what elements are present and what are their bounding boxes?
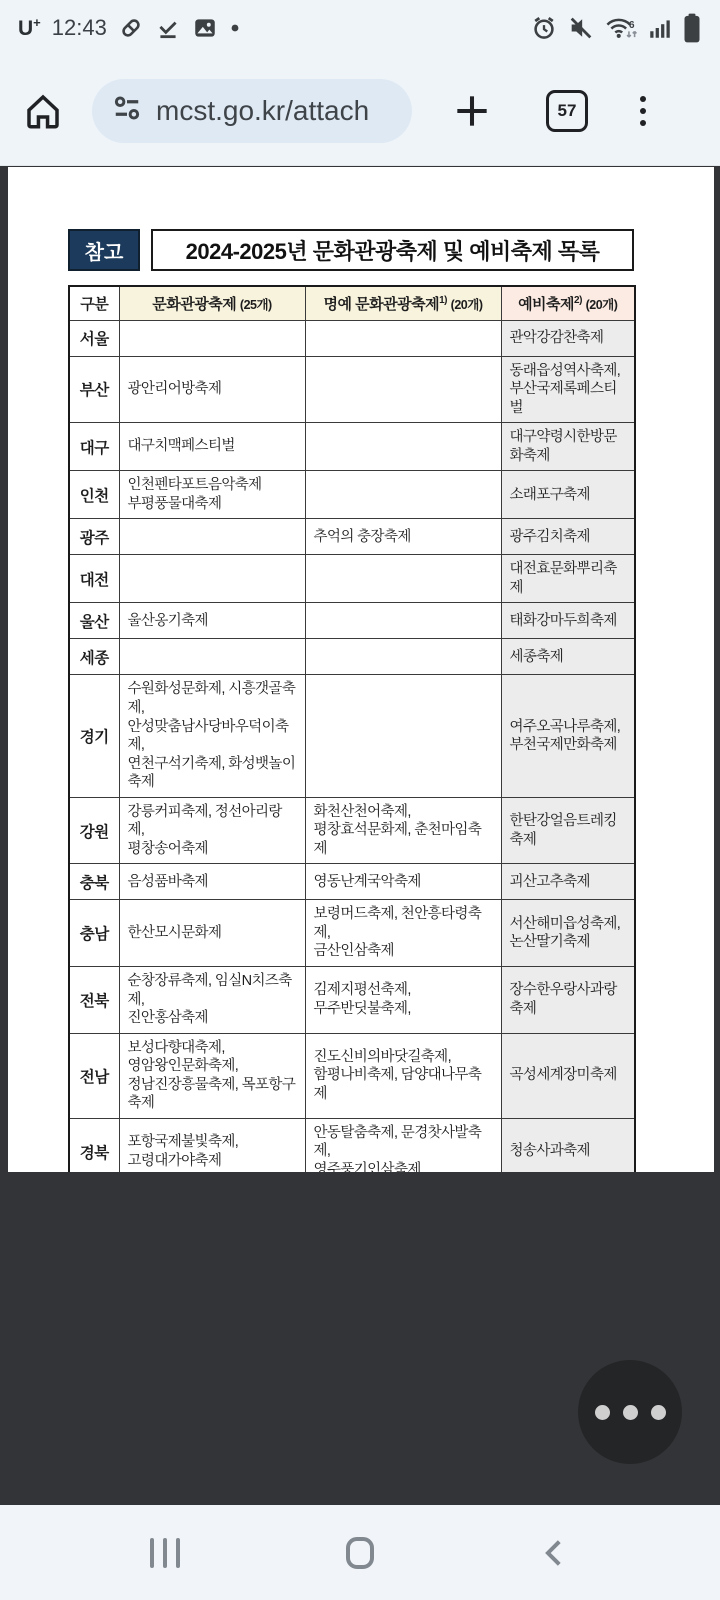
preliminary-festival-cell: 대구약령시한방문화축제 [501, 423, 635, 471]
region-cell: 세종 [69, 639, 119, 675]
region-cell: 광주 [69, 519, 119, 555]
festival-table: 구분 문화관광축제 (25개) 명예 문화관광축제1) (20개) 예비축제2)… [68, 285, 636, 1307]
festival-cell: 한산모시문화제 [119, 900, 305, 967]
header-preliminary-festival: 예비축제2) (20개) [501, 286, 635, 320]
honorary-festival-cell [305, 603, 501, 639]
honorary-festival-cell [305, 675, 501, 797]
preliminary-festival-cell: 한탄강얼음트레킹축제 [501, 797, 635, 864]
header-honorary-festival: 명예 문화관광축제1) (20개) [305, 286, 501, 320]
festival-cell: 인천펜타포트음악축제 부평풍물대축제 [119, 471, 305, 519]
honorary-festival-cell: 추억의 충장축제 [305, 519, 501, 555]
preliminary-festival-cell: 태화강마두희축제 [501, 603, 635, 639]
new-tab-button[interactable] [450, 89, 494, 133]
preliminary-festival-cell: 관악강감찬축제 [501, 320, 635, 356]
festival-cell [119, 519, 305, 555]
tab-switcher-button[interactable]: 57 [546, 90, 588, 132]
reference-badge: 참고 [68, 229, 140, 271]
address-bar[interactable]: mcst.go.kr/attach [92, 79, 412, 143]
honorary-festival-cell: 진도신비의바닷길축제, 함평나비축제, 담양대나무축제 [305, 1033, 501, 1118]
table-row: 강원강릉커피축제, 정선아리랑제, 평창송어축제화천산천어축제, 평창효석문화제… [69, 797, 635, 864]
battery-icon [682, 13, 702, 43]
android-navigation-bar [0, 1505, 720, 1600]
svg-text:6: 6 [629, 20, 635, 31]
festival-cell: 순창장류축제, 임실N치즈축제, 진안홍삼축제 [119, 966, 305, 1033]
honorary-festival-cell [305, 471, 501, 519]
preliminary-festival-cell: 소래포구축제 [501, 471, 635, 519]
table-row: 인천인천펜타포트음악축제 부평풍물대축제소래포구축제 [69, 471, 635, 519]
honorary-festival-cell [305, 555, 501, 603]
alarm-icon [530, 14, 558, 42]
table-row: 충남한산모시문화제보령머드축제, 천안흥타령축제, 금산인삼축제서산해미읍성축제… [69, 900, 635, 967]
preliminary-festival-cell: 여주오곡나루축제, 부천국제만화축제 [501, 675, 635, 797]
region-cell: 경기 [69, 675, 119, 797]
home-nav-button[interactable] [325, 1518, 395, 1588]
pdf-viewport[interactable]: 참고 2024-2025년 문화관광축제 및 예비축제 목록 구분 문화관광축제… [0, 167, 720, 1172]
viewer-more-options-button[interactable] [578, 1360, 682, 1464]
table-header-row: 구분 문화관광축제 (25개) 명예 문화관광축제1) (20개) 예비축제2)… [69, 286, 635, 320]
region-cell: 대구 [69, 423, 119, 471]
browser-toolbar: mcst.go.kr/attach 57 [0, 56, 720, 166]
region-cell: 충남 [69, 900, 119, 967]
region-cell: 서울 [69, 320, 119, 356]
honorary-festival-cell [305, 639, 501, 675]
table-row: 울산울산옹기축제태화강마두희축제 [69, 603, 635, 639]
table-row: 세종세종축제 [69, 639, 635, 675]
festival-cell: 울산옹기축제 [119, 603, 305, 639]
honorary-festival-cell [305, 320, 501, 356]
festival-cell: 대구치맥페스티벌 [119, 423, 305, 471]
region-cell: 전남 [69, 1033, 119, 1118]
signal-icon [647, 15, 673, 41]
document-title-row: 참고 2024-2025년 문화관광축제 및 예비축제 목록 [68, 229, 634, 271]
table-row: 광주추억의 충장축제광주김치축제 [69, 519, 635, 555]
recents-button[interactable] [130, 1518, 200, 1588]
preliminary-festival-cell: 세종축제 [501, 639, 635, 675]
festival-cell: 수원화성문화제, 시흥갯골축제, 안성맞춤남사당바우덕이축제, 연천구석기축제,… [119, 675, 305, 797]
pdf-page: 참고 2024-2025년 문화관광축제 및 예비축제 목록 구분 문화관광축제… [8, 167, 714, 1172]
table-row: 대전대전효문화뿌리축제 [69, 555, 635, 603]
festival-cell [119, 320, 305, 356]
more-dots-icon [595, 1405, 610, 1420]
region-cell: 충북 [69, 864, 119, 900]
header-festival: 문화관광축제 (25개) [119, 286, 305, 320]
notification-dot-icon [229, 22, 241, 34]
recents-icon [150, 1538, 180, 1568]
preliminary-festival-cell: 곡성세계장미축제 [501, 1033, 635, 1118]
preliminary-festival-cell: 괴산고추축제 [501, 864, 635, 900]
pill-notification-icon [118, 15, 144, 41]
table-row: 서울관악강감찬축제 [69, 320, 635, 356]
preliminary-festival-cell: 광주김치축제 [501, 519, 635, 555]
back-icon [538, 1536, 572, 1570]
back-button[interactable] [520, 1518, 590, 1588]
table-row: 경기수원화성문화제, 시흥갯골축제, 안성맞춤남사당바우덕이축제, 연천구석기축… [69, 675, 635, 797]
table-row: 전북순창장류축제, 임실N치즈축제, 진안홍삼축제김제지평선축제, 무주반딧불축… [69, 966, 635, 1033]
download-done-icon [155, 15, 181, 41]
table-row: 부산광안리어방축제동래읍성역사축제, 부산국제록페스티벌 [69, 356, 635, 423]
region-cell: 강원 [69, 797, 119, 864]
festival-cell [119, 639, 305, 675]
table-row: 충북음성품바축제영동난계국악축제괴산고추축제 [69, 864, 635, 900]
region-cell: 인천 [69, 471, 119, 519]
status-bar: U+ 12:43 6 [0, 0, 720, 56]
region-cell: 울산 [69, 603, 119, 639]
preliminary-festival-cell: 서산해미읍성축제, 논산딸기축제 [501, 900, 635, 967]
region-cell: 전북 [69, 966, 119, 1033]
wifi6-icon: 6 [604, 14, 638, 42]
festival-cell [119, 555, 305, 603]
honorary-festival-cell: 화천산천어축제, 평창효석문화제, 춘천마임축제 [305, 797, 501, 864]
festival-cell: 광안리어방축제 [119, 356, 305, 423]
honorary-festival-cell: 보령머드축제, 천안흥타령축제, 금산인삼축제 [305, 900, 501, 967]
honorary-festival-cell [305, 423, 501, 471]
home-button[interactable] [22, 90, 64, 132]
status-time: 12:43 [52, 15, 107, 41]
screenshot-gallery-icon [192, 15, 218, 41]
region-cell: 대전 [69, 555, 119, 603]
header-category: 구분 [69, 286, 119, 320]
home-nav-icon [346, 1537, 374, 1569]
festival-cell: 보성다향대축제, 영암왕인문화축제, 정남진장흥물축제, 목포항구축제 [119, 1033, 305, 1118]
preliminary-festival-cell: 장수한우랑사과랑축제 [501, 966, 635, 1033]
site-settings-icon[interactable] [112, 93, 142, 128]
url-text[interactable]: mcst.go.kr/attach [156, 95, 369, 127]
preliminary-festival-cell: 동래읍성역사축제, 부산국제록페스티벌 [501, 356, 635, 423]
region-cell: 부산 [69, 356, 119, 423]
preliminary-festival-cell: 대전효문화뿌리축제 [501, 555, 635, 603]
festival-cell: 음성품바축제 [119, 864, 305, 900]
browser-menu-button[interactable] [640, 96, 646, 126]
honorary-festival-cell [305, 356, 501, 423]
table-row: 전남보성다향대축제, 영암왕인문화축제, 정남진장흥물축제, 목포항구축제진도신… [69, 1033, 635, 1118]
mute-icon [567, 14, 595, 42]
table-row: 대구대구치맥페스티벌대구약령시한방문화축제 [69, 423, 635, 471]
document-title: 2024-2025년 문화관광축제 및 예비축제 목록 [151, 229, 634, 271]
carrier-label: U+ [18, 15, 41, 41]
honorary-festival-cell: 김제지평선축제, 무주반딧불축제, [305, 966, 501, 1033]
honorary-festival-cell: 영동난계국악축제 [305, 864, 501, 900]
festival-cell: 강릉커피축제, 정선아리랑제, 평창송어축제 [119, 797, 305, 864]
